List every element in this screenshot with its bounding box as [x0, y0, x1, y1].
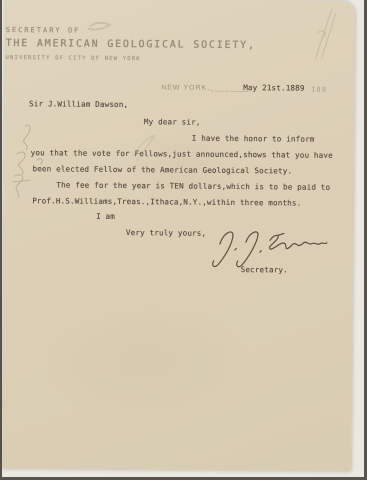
- greeting-line: My dear sir,: [144, 117, 201, 126]
- letter-paper: SECRETARY OF THE AMERICAN GEOLOGICAL SOC…: [2, 0, 355, 471]
- paper-stain: [32, 298, 253, 420]
- body-line: The fee for the year is TEN dollars,whic…: [56, 180, 330, 191]
- letterhead-university: UNIVERSITY OF CITY OF NEW YORK: [5, 55, 354, 64]
- body-line: I am: [96, 212, 115, 221]
- letterhead-secretary-of: SECRETARY OF: [6, 26, 355, 37]
- pencil-mark-mid-page: [123, 127, 163, 167]
- scanned-letter-page: { "document": { "letterhead": { "line1":…: [0, 0, 367, 480]
- dateline-printed-year: 189: [311, 86, 327, 94]
- letterhead-society-name: THE AMERICAN GEOLOGICAL SOCIETY,: [6, 38, 355, 52]
- salutation-line: Sir J.William Dawson,: [29, 99, 128, 109]
- body-line: Prof.H.S.Williams,Treas.,Ithaca,N.Y.,wit…: [32, 196, 301, 207]
- body-line: I have the honor to inform: [192, 134, 315, 144]
- dateline-place-printed: NEW YORK,________: [161, 84, 249, 92]
- dateline-typed-date: May 21st.1889: [243, 83, 304, 93]
- pencil-scribble-left-margin: [6, 120, 65, 207]
- body-line: you that the vote for Fellows,just annou…: [31, 148, 333, 160]
- closing-line: Very truly yours,: [126, 228, 206, 238]
- signature-title-line: Secretary.: [241, 265, 288, 274]
- body-line: been elected Fellow of the American Geol…: [32, 164, 292, 175]
